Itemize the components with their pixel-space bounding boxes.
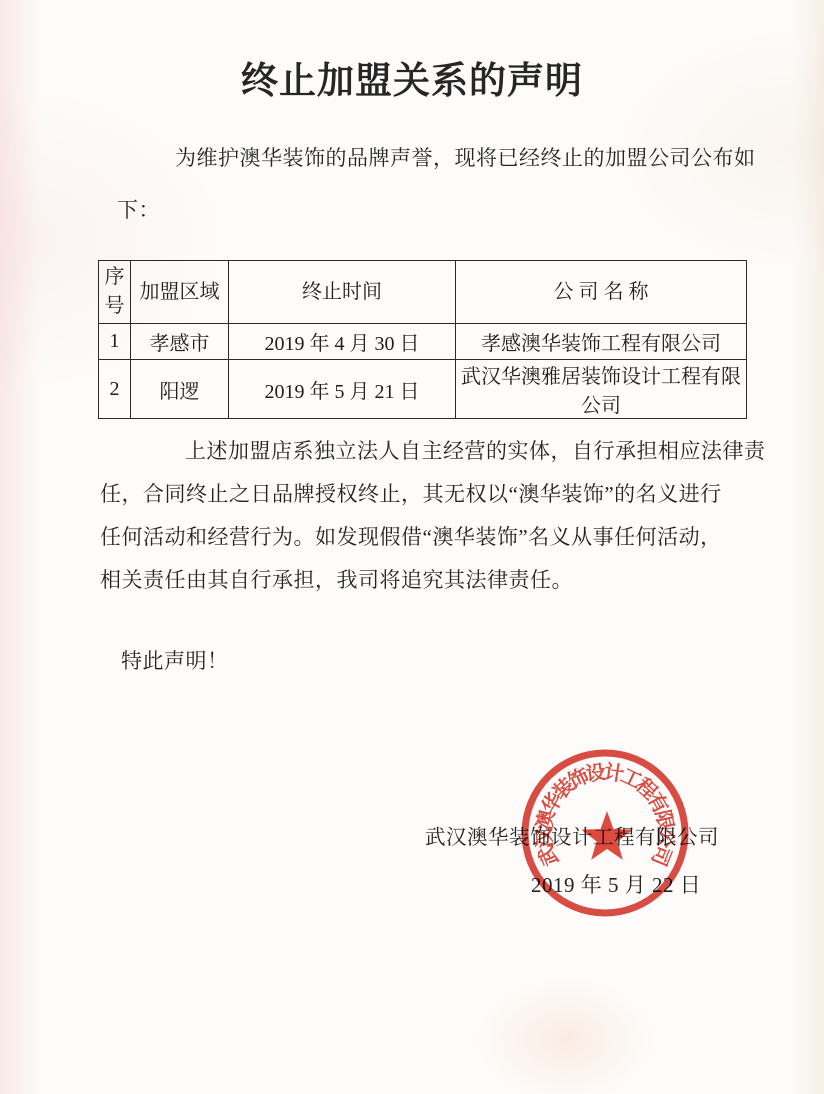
cell-end-date: 2019 年 5 月 21 日 (229, 360, 456, 419)
notice-line: 特此声明！ (121, 648, 229, 675)
header-company: 公 司 名 称 (456, 261, 747, 324)
intro-line: 为维护澳华装饰的品牌声誉，现将已经终止的加盟公司公布如 (175, 145, 756, 172)
cell-end-date: 2019 年 4 月 30 日 (229, 324, 456, 360)
cell-company: 孝感澳华装饰工程有限公司 (456, 324, 747, 360)
scanned-declaration-page: 终止加盟关系的声明 为维护澳华装饰的品牌声誉，现将已经终止的加盟公司公布如 下：… (0, 0, 824, 1094)
body-line: 任，合同终止之日品牌授权终止，其无权以“澳华装饰”的名义进行 (100, 481, 722, 508)
table-row: 2 阳逻 2019 年 5 月 21 日 武汉华澳雅居装饰设计工程有限公司 (99, 360, 747, 419)
body-line: 任何活动和经营行为。如发现假借“澳华装饰”名义从事任何活动， (100, 524, 722, 551)
header-region: 加盟区域 (131, 261, 229, 324)
cell-region: 阳逻 (131, 360, 229, 419)
header-serial: 序号 (99, 261, 131, 324)
header-end-date: 终止时间 (229, 261, 456, 324)
page-title: 终止加盟关系的声明 (0, 50, 824, 104)
table-row: 1 孝感市 2019 年 4 月 30 日 孝感澳华装饰工程有限公司 (99, 324, 747, 360)
cell-company: 武汉华澳雅居装饰设计工程有限公司 (456, 360, 747, 419)
intro-line: 下： (117, 197, 160, 224)
cell-serial: 2 (99, 360, 131, 419)
terminated-franchise-table: 序号 加盟区域 终止时间 公 司 名 称 1 孝感市 2019 年 4 月 30… (98, 260, 747, 419)
seal-star-icon (581, 811, 632, 860)
table-header-row: 序号 加盟区域 终止时间 公 司 名 称 (99, 261, 747, 324)
body-line: 上述加盟店系独立法人自主经营的实体，自行承担相应法律责 (185, 438, 766, 465)
company-seal-stamp: 武汉澳华装饰设计工程有限公司 (505, 733, 705, 933)
cell-region: 孝感市 (131, 324, 229, 360)
cell-serial: 1 (99, 324, 131, 360)
body-line: 相关责任由其自行承担，我司将追究其法律责任。 (100, 567, 573, 594)
